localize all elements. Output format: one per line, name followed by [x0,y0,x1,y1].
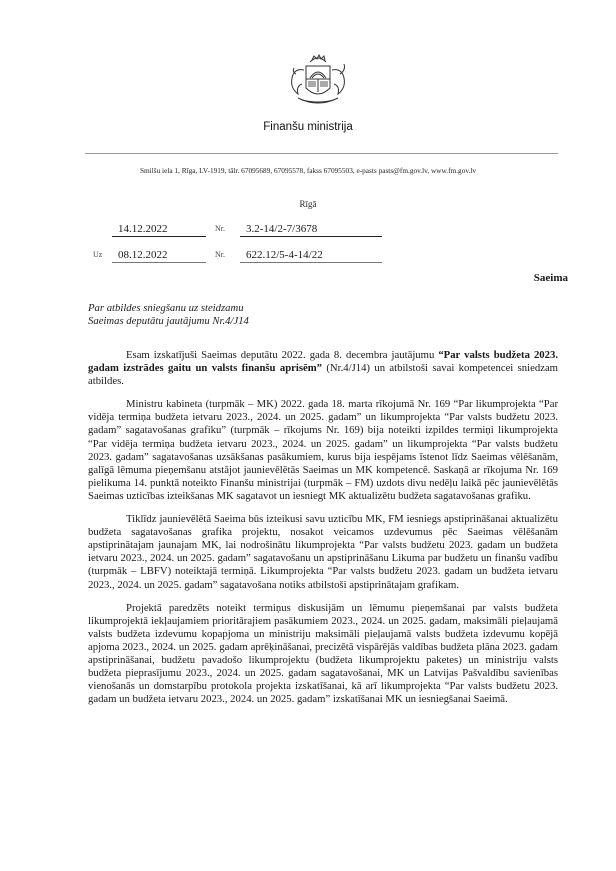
incoming-number: 622.12/5-4-14/22 [240,248,382,263]
incoming-nr-label: Nr. [215,250,225,259]
paragraph-3: Tiklīdz jaunievēlētā Saeima būs izteikus… [88,513,558,592]
subject-line-2: Saeimas deputātu jautājumu Nr.4/J14 [88,315,249,328]
paragraph-2: Ministru kabineta (turpmāk – MK) 2022. g… [88,398,558,503]
header-divider [85,153,558,154]
ministry-name: Finanšu ministrija [0,121,616,133]
outgoing-date: 14.12.2022 [112,222,206,237]
outgoing-nr-label: Nr. [215,224,225,233]
recipient: Saeima [534,272,568,284]
place-of-issue: Rīgā [0,199,616,209]
latvia-coat-of-arms-icon [286,52,350,110]
address-line: Smilšu iela 1, Rīga, LV-1919, tālr. 6709… [0,166,616,175]
outgoing-number: 3.2-14/2-7/3678 [240,222,382,237]
paragraph-4: Projektā paredzēts noteikt termiņus disk… [88,602,558,707]
subject-line-1: Par atbildes sniegšanu uz steidzamu [88,302,249,315]
subject: Par atbildes sniegšanu uz steidzamu Saei… [88,302,249,328]
incoming-date: 08.12.2022 [112,248,206,263]
incoming-prefix: Uz [93,250,102,259]
paragraph-1: Esam izskatījuši Saeimas deputātu 2022. … [88,349,558,388]
letter-body: Esam izskatījuši Saeimas deputātu 2022. … [88,349,558,716]
